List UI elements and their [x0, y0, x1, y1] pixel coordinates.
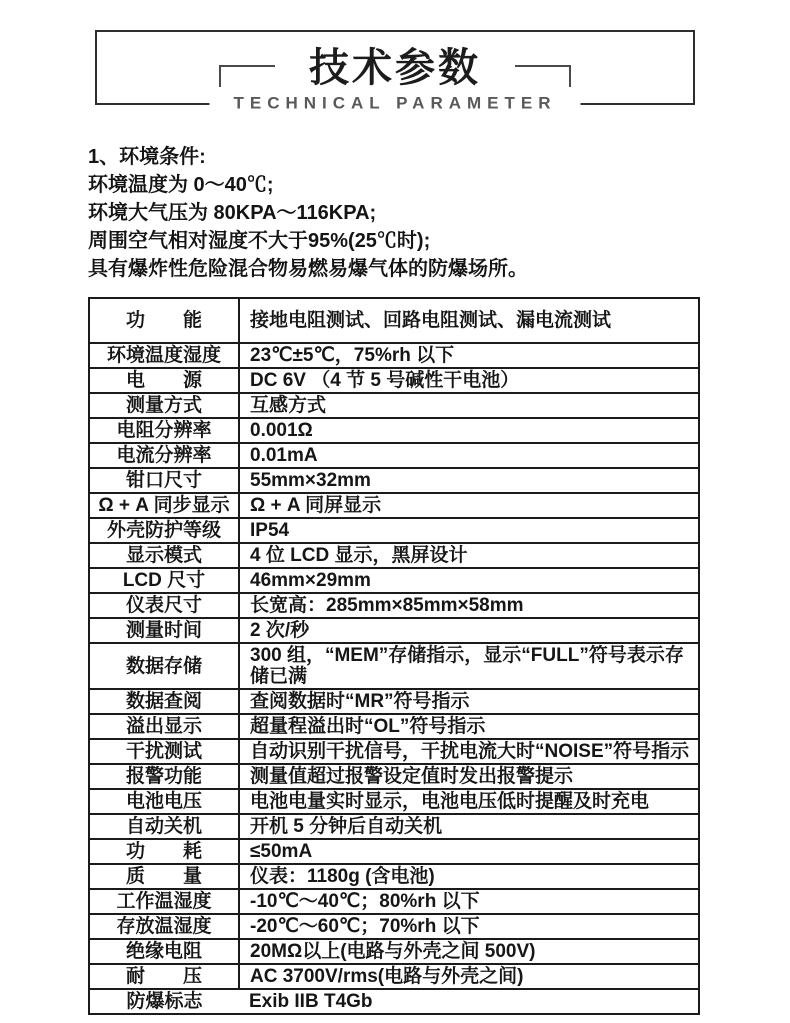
spec-value: ≤50mA	[239, 839, 699, 864]
page-title: 技术参数	[97, 36, 693, 93]
spec-value: 55mm×32mm	[239, 468, 699, 493]
spec-label: 质 量	[89, 864, 239, 889]
spec-value: -20℃～60℃；70%rh 以下	[239, 914, 699, 939]
spec-value: Ω + A 同屏显示	[239, 493, 699, 518]
page: 技术参数 TECHNICAL PARAMETER 1、环境条件: 环境温度为 0…	[0, 0, 790, 1023]
table-row: 质 量仪表：1180g (含电池)	[89, 864, 699, 889]
table-row: 电阻分辨率0.001Ω	[89, 418, 699, 443]
spec-label: 耐 压	[89, 964, 239, 989]
table-row: 耐 压AC 3700V/rms(电路与外壳之间)	[89, 964, 699, 989]
spec-value: 46mm×29mm	[239, 568, 699, 593]
spec-label: 仪表尺寸	[89, 593, 239, 618]
spec-label: 报警功能	[89, 764, 239, 789]
spec-value: 长宽高：285mm×85mm×58mm	[239, 593, 699, 618]
spec-label: 绝缘电阻	[89, 939, 239, 964]
table-row: 电池电压电池电量实时显示，电池电压低时提醒及时充电	[89, 789, 699, 814]
spec-label: 功 耗	[89, 839, 239, 864]
title-frame: 技术参数 TECHNICAL PARAMETER	[95, 30, 695, 105]
spec-value: 自动识别干扰信号，干扰电流大时“NOISE”符号指示	[239, 739, 699, 764]
spec-label: 电池电压	[89, 789, 239, 814]
spec-label: 电流分辨率	[89, 443, 239, 468]
spec-label: 功 能	[89, 298, 239, 343]
table-row: 自动关机开机 5 分钟后自动关机	[89, 814, 699, 839]
spec-value: 查阅数据时“MR”符号指示	[239, 689, 699, 714]
spec-value: 超量程溢出时“OL”符号指示	[239, 714, 699, 739]
spec-value: 4 位 LCD 显示，黑屏设计	[239, 543, 699, 568]
spec-label: 自动关机	[89, 814, 239, 839]
spec-value: 0.01mA	[239, 443, 699, 468]
intro-line: 环境温度为 0～40℃;	[88, 171, 708, 199]
spec-label: 测量时间	[89, 618, 239, 643]
spec-label: 干扰测试	[89, 739, 239, 764]
spec-value: IP54	[239, 518, 699, 543]
table-row: 测量时间2 次/秒	[89, 618, 699, 643]
table-row: 测量方式互感方式	[89, 393, 699, 418]
table-row: 外壳防护等级IP54	[89, 518, 699, 543]
spec-value: 电池电量实时显示，电池电压低时提醒及时充电	[239, 789, 699, 814]
spec-value: 20MΩ以上(电路与外壳之间 500V)	[239, 939, 699, 964]
table-row: 显示模式4 位 LCD 显示，黑屏设计	[89, 543, 699, 568]
spec-value: 2 次/秒	[239, 618, 699, 643]
table-row: 仪表尺寸长宽高：285mm×85mm×58mm	[89, 593, 699, 618]
environment-conditions: 1、环境条件: 环境温度为 0～40℃; 环境大气压为 80KPA～116KPA…	[88, 143, 708, 283]
spec-label: 电阻分辨率	[89, 418, 239, 443]
spec-label: 显示模式	[89, 543, 239, 568]
intro-line: 具有爆炸性危险混合物易燃易爆气体的防爆场所。	[88, 255, 708, 283]
spec-value: 23℃±5℃，75%rh 以下	[239, 343, 699, 368]
spec-label: 防爆标志	[89, 989, 239, 1014]
page-subtitle: TECHNICAL PARAMETER	[209, 93, 580, 113]
intro-heading: 1、环境条件:	[88, 143, 708, 171]
table-row: 存放温湿度-20℃～60℃；70%rh 以下	[89, 914, 699, 939]
table-row: 绝缘电阻20MΩ以上(电路与外壳之间 500V)	[89, 939, 699, 964]
table-row: 钳口尺寸55mm×32mm	[89, 468, 699, 493]
spec-table: 功 能接地电阻测试、回路电阻测试、漏电流测试环境温度湿度23℃±5℃，75%rh…	[88, 297, 700, 1015]
table-row: 环境温度湿度23℃±5℃，75%rh 以下	[89, 343, 699, 368]
spec-label: 测量方式	[89, 393, 239, 418]
spec-value: Exib IIB T4Gb	[239, 989, 699, 1014]
spec-label: LCD 尺寸	[89, 568, 239, 593]
table-row: 溢出显示超量程溢出时“OL”符号指示	[89, 714, 699, 739]
table-row: 工作温湿度-10℃～40℃；80%rh 以下	[89, 889, 699, 914]
spec-value: 互感方式	[239, 393, 699, 418]
table-row: LCD 尺寸46mm×29mm	[89, 568, 699, 593]
spec-label: 溢出显示	[89, 714, 239, 739]
table-row: 报警功能测量值超过报警设定值时发出报警提示	[89, 764, 699, 789]
intro-line: 周围空气相对湿度不大于95%(25℃时);	[88, 227, 708, 255]
table-row: 数据存储300 组，“MEM”存储指示，显示“FULL”符号表示存储已满	[89, 643, 699, 689]
spec-value: 接地电阻测试、回路电阻测试、漏电流测试	[239, 298, 699, 343]
spec-value: -10℃～40℃；80%rh 以下	[239, 889, 699, 914]
spec-label: 工作温湿度	[89, 889, 239, 914]
spec-label: 钳口尺寸	[89, 468, 239, 493]
table-row: 电流分辨率0.01mA	[89, 443, 699, 468]
spec-label: 外壳防护等级	[89, 518, 239, 543]
table-row: 功 耗≤50mA	[89, 839, 699, 864]
spec-label: 存放温湿度	[89, 914, 239, 939]
table-row: 功 能接地电阻测试、回路电阻测试、漏电流测试	[89, 298, 699, 343]
spec-value: 开机 5 分钟后自动关机	[239, 814, 699, 839]
table-row: 数据查阅查阅数据时“MR”符号指示	[89, 689, 699, 714]
spec-value: DC 6V （4 节 5 号碱性干电池）	[239, 368, 699, 393]
spec-value: 300 组，“MEM”存储指示，显示“FULL”符号表示存储已满	[239, 643, 699, 689]
spec-label: 数据存储	[89, 643, 239, 689]
spec-label: 环境温度湿度	[89, 343, 239, 368]
spec-value: 测量值超过报警设定值时发出报警提示	[239, 764, 699, 789]
spec-label: 电 源	[89, 368, 239, 393]
intro-line: 环境大气压为 80KPA～116KPA;	[88, 199, 708, 227]
spec-value: 仪表：1180g (含电池)	[239, 864, 699, 889]
table-row: 防爆标志Exib IIB T4Gb	[89, 989, 699, 1014]
table-row: Ω + A 同步显示Ω + A 同屏显示	[89, 493, 699, 518]
table-row: 干扰测试自动识别干扰信号，干扰电流大时“NOISE”符号指示	[89, 739, 699, 764]
table-row: 电 源DC 6V （4 节 5 号碱性干电池）	[89, 368, 699, 393]
spec-label: 数据查阅	[89, 689, 239, 714]
spec-label: Ω + A 同步显示	[89, 493, 239, 518]
spec-value: AC 3700V/rms(电路与外壳之间)	[239, 964, 699, 989]
spec-value: 0.001Ω	[239, 418, 699, 443]
